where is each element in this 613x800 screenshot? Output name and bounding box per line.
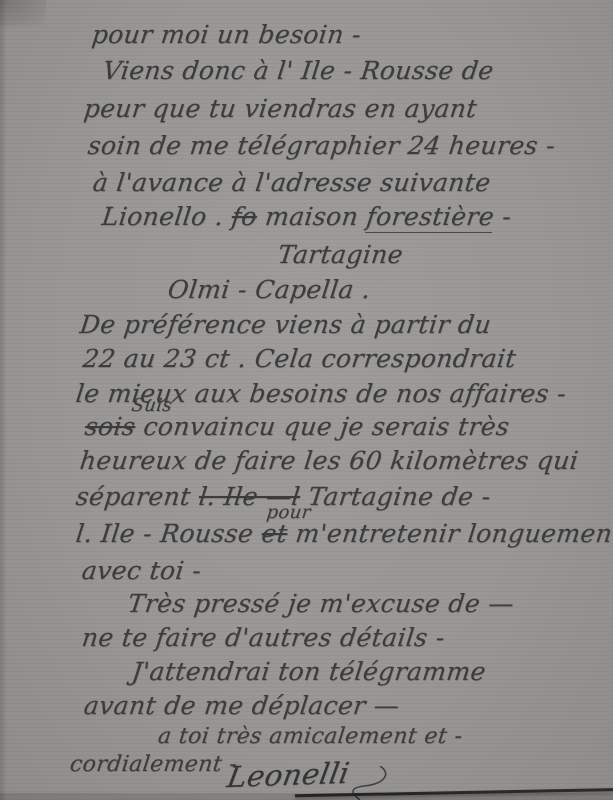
handwritten-line-6-address: Lionello . fo maison forestière - [100,202,513,231]
handwritten-line-3: peur que tu viendras en ayant [82,94,478,123]
handwritten-line-12: Suis sois convaincu que je serais très [83,412,511,441]
line-text: - [492,202,513,231]
crossed-out-word: fo [230,202,259,231]
line-text: Olmi - Capella . [166,275,372,304]
handwritten-line-17: Très pressé je m'excuse de — [126,589,515,618]
line-text: peur que tu viendras en ayant [82,94,478,123]
line-text: convaincu que je serais très [134,412,512,441]
letter-page: pour moi un besoin - Viens donc à l' Ile… [0,0,613,800]
handwritten-line-1: pour moi un besoin - [90,20,363,49]
line-text: Très pressé je m'excuse de — [126,589,515,618]
line-text: avec toi - [80,556,203,585]
handwritten-line-7-place: Tartagine [276,240,405,269]
line-text: Tartagine [276,240,405,269]
line-text: De préférence viens à partir du [78,310,493,339]
line-text: avant de me déplacer — [82,691,401,720]
handwritten-line-9: De préférence viens à partir du [78,310,493,339]
handwritten-line-19: J'attendrai ton télégramme [130,657,487,686]
line-text: a toi très amicalement et - [156,724,463,749]
line-text: J'attendrai ton télégramme [130,657,487,686]
handwritten-line-8-place: Olmi - Capella . [166,275,372,304]
line-text: heureux de faire les 60 kilomètres qui [78,446,580,475]
handwritten-line-13: heureux de faire les 60 kilomètres qui [78,446,580,475]
handwritten-line-2: Viens donc à l' Ile - Rousse de [101,56,495,85]
page-top-corner-smudge [0,0,46,26]
line-text: maison [255,202,368,231]
line-text: ne te faire d'autres détails - [80,623,446,652]
handwritten-line-10: 22 au 23 ct . Cela correspondrait [81,344,518,373]
line-text: à l'avance à l'adresse suivante [91,168,492,197]
line-text: m'entretenir longuement [286,519,613,548]
line-text: Viens donc à l' Ile - Rousse de [101,56,495,85]
line-text: pour moi un besoin - [90,20,363,49]
handwritten-line-22: cordialement - [68,752,238,777]
handwritten-line-18: ne te faire d'autres détails - [80,623,446,652]
page-bottom-shadow [0,793,613,800]
page-left-edge-shadow [0,0,7,800]
line-text: soin de me télégraphier 24 heures - [86,131,557,160]
handwritten-line-20: avant de me déplacer — [82,691,401,720]
line-text: cordialement - [68,752,238,777]
handwritten-line-16: avec toi - [80,556,203,585]
underlined-word: forestière [365,202,496,233]
addressee-name: Lionello . [100,202,225,231]
line-text: 22 au 23 ct . Cela correspondrait [81,344,518,373]
line-text: Tartagine de - [298,482,492,511]
line-text: séparent [74,482,201,511]
line-text: l. Ile - Rousse [74,519,263,548]
handwritten-line-4: soin de me télégraphier 24 heures - [86,131,557,160]
handwritten-line-5: à l'avance à l'adresse suivante [91,168,492,197]
handwritten-line-15: pour l. Ile - Rousse et m'entretenir lon… [74,519,613,548]
inserted-word-above: pour [265,502,312,523]
crossed-out-word: sois [83,412,137,441]
handwritten-line-21: a toi très amicalement et - [156,724,463,749]
inserted-word-above: Suis [130,395,173,416]
